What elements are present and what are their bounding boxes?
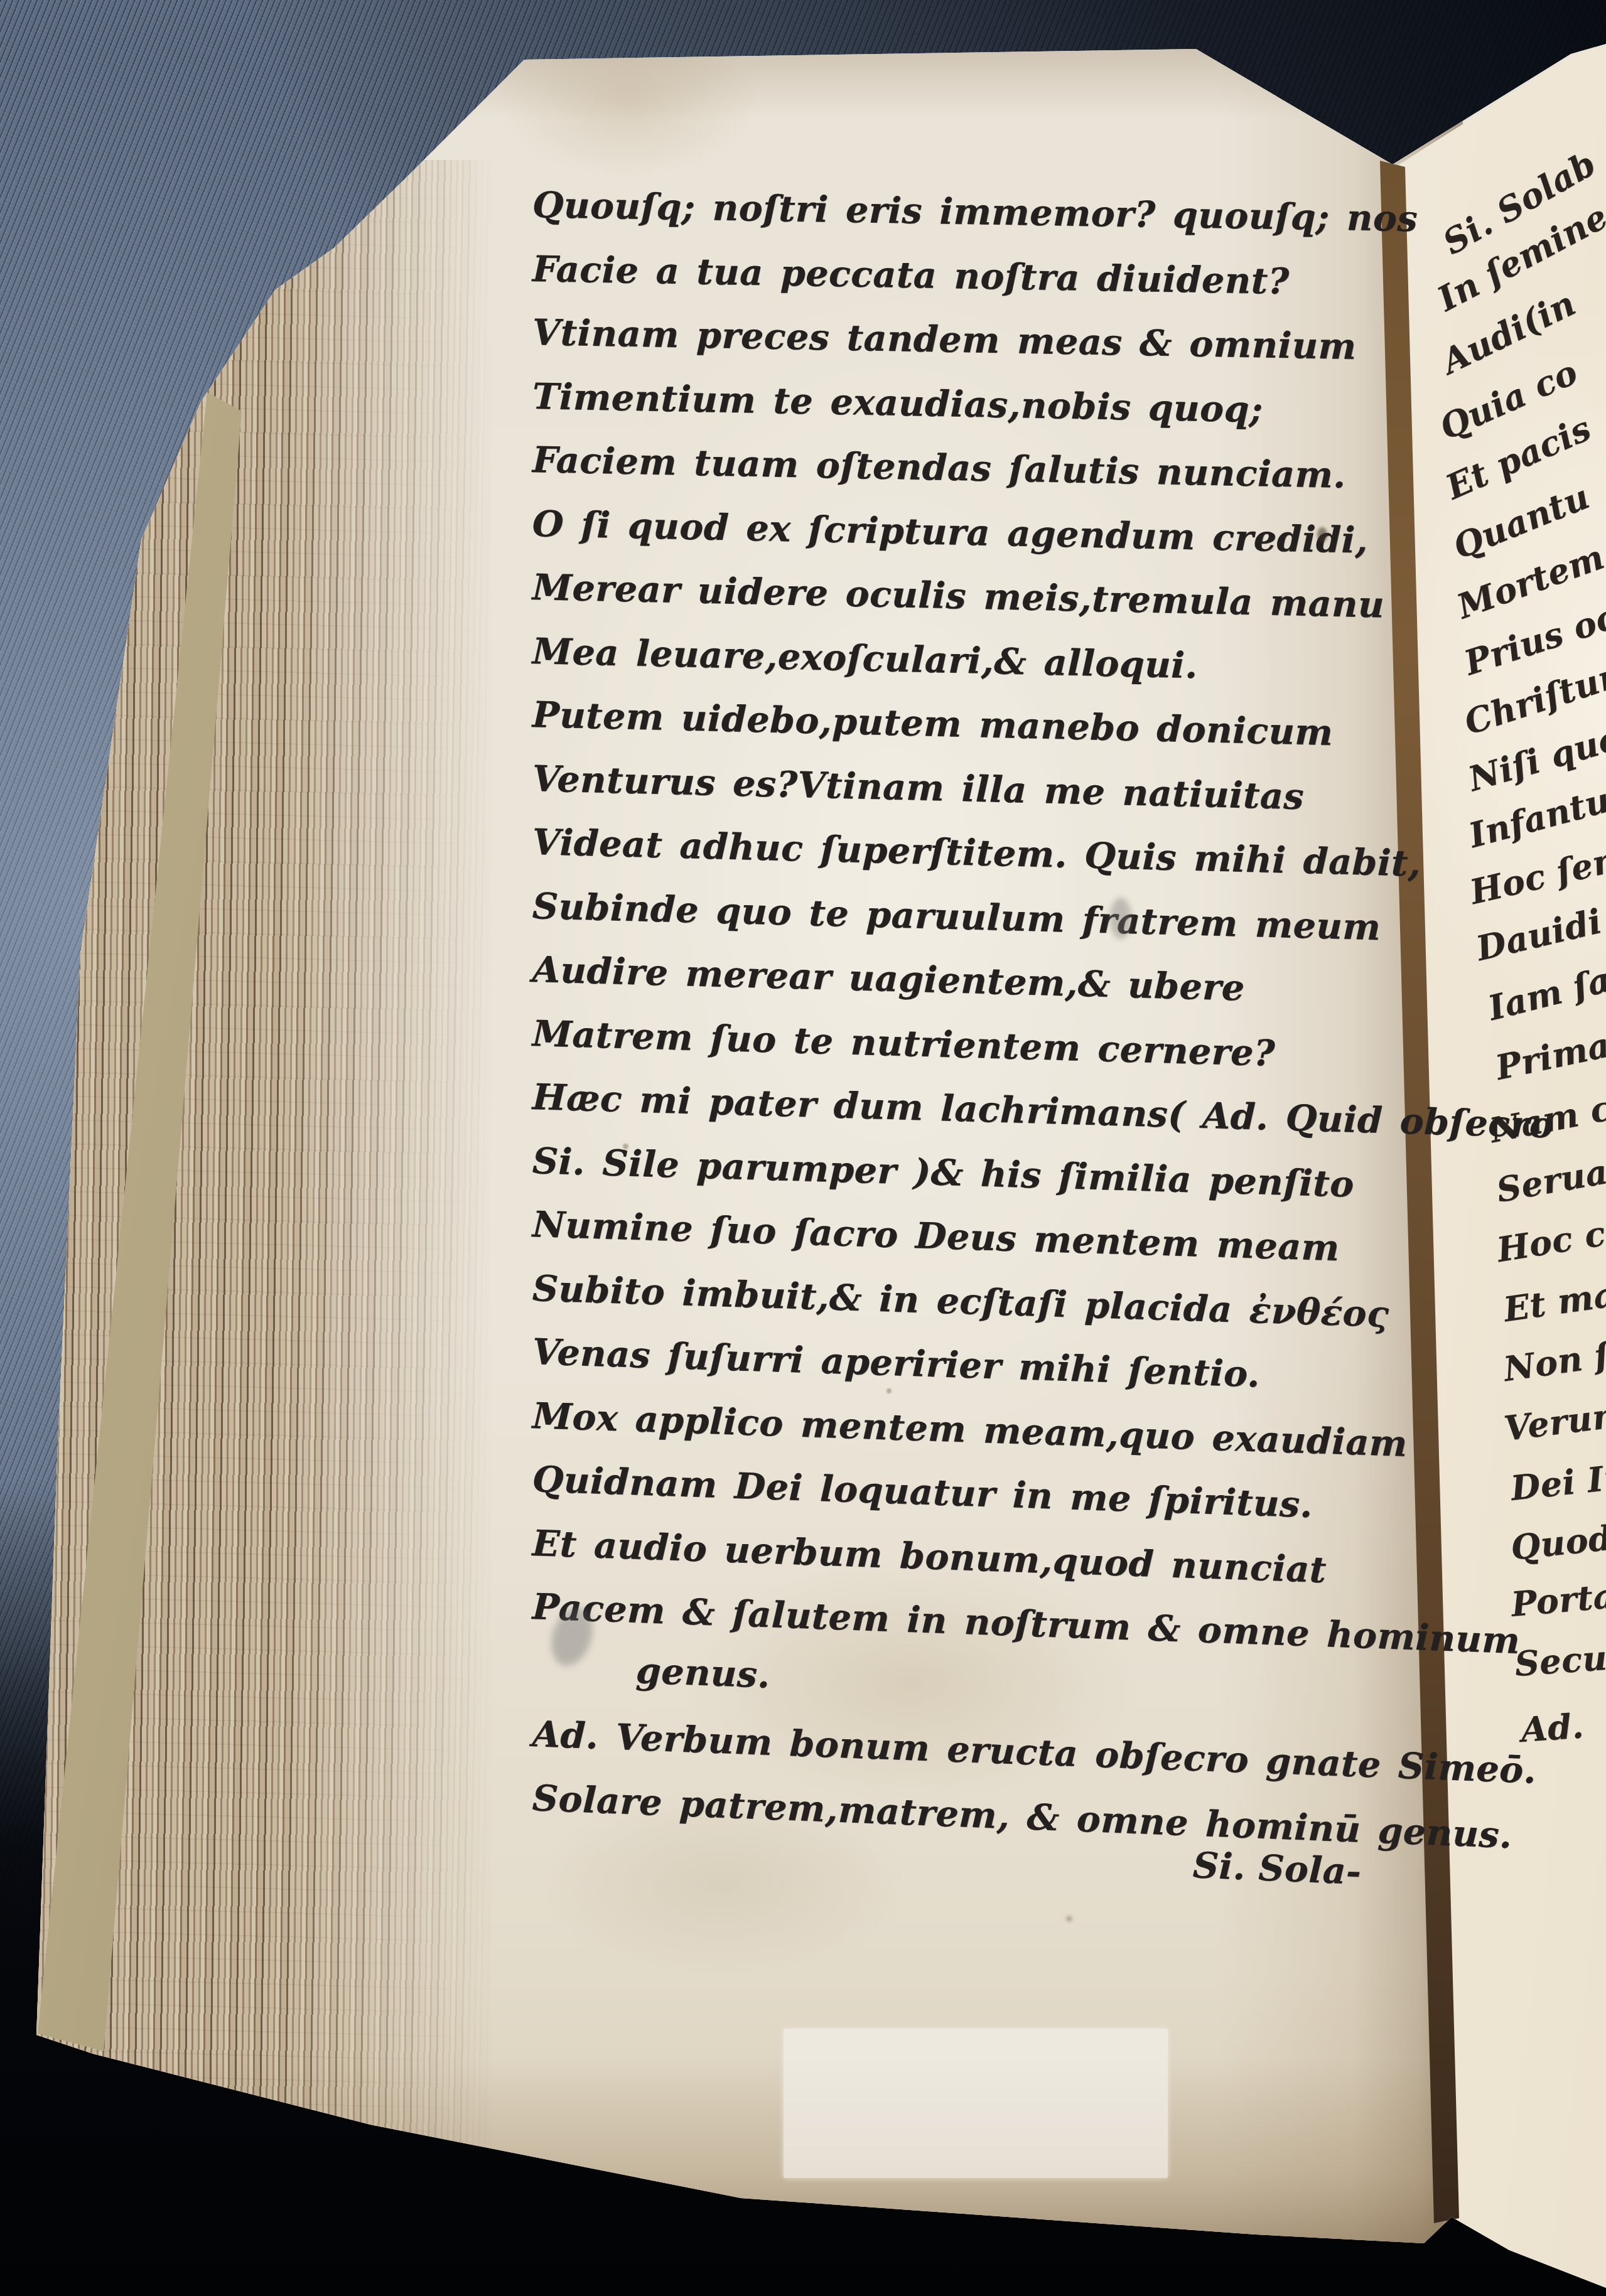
right-page-text-fragment: Porta <box>1509 1574 1606 1626</box>
right-page-text-fragment: Non ſ <box>1501 1333 1606 1390</box>
photo-scene: Si. Solab In ſemine Audi(in Quia co Et p… <box>0 0 1606 2296</box>
text-line: Putem uidebo,putem manebo donicum <box>532 693 1334 755</box>
text-line: Hæc mi pater dum lachrimans( Ad. Quid ob… <box>532 1075 1554 1147</box>
right-page-text-fragment: Dei In <box>1509 1455 1606 1510</box>
right-page-text-fragment: Serua <box>1493 1150 1606 1211</box>
text-line: Faciem tuam oſtendas ſalutis nunciam. <box>532 438 1346 498</box>
stain <box>1110 898 1131 939</box>
text-line: Subito imbuit,& in ecſtaſi placida ἐνθέο… <box>532 1267 1389 1337</box>
right-page-text-fragment: Dauidi <box>1472 899 1606 970</box>
text-line: Facie a tua peccata noſtra diuident? <box>532 247 1290 304</box>
stain <box>757 660 761 665</box>
text-line: Audire merear uagientem,& ubere <box>532 948 1245 1011</box>
text-line: Subinde quo te paruulum fratrem meum <box>532 884 1381 950</box>
left-page-text-block: Quouſq; noſtri eris immemor? quouſq; nos… <box>532 183 1487 1941</box>
text-line: Solare patrem,matrem, & omne hominū genu… <box>532 1776 1513 1858</box>
text-line: Venas ſuſurri aperirier mihi ſentio. <box>532 1330 1261 1397</box>
text-line: Videat adhuc ſuperſtitem. Quis mihi dabi… <box>532 820 1421 886</box>
stain <box>1066 1916 1072 1922</box>
right-page-text-fragment: Prima <box>1492 1023 1606 1089</box>
catchword: Si. Sola- <box>1192 1843 1362 1894</box>
right-page-text-fragment: Iam ſæ <box>1484 956 1606 1029</box>
paper-patch <box>784 2029 1168 2178</box>
text-line: genus. <box>635 1649 771 1698</box>
stain <box>887 1388 892 1393</box>
book: Si. Solab In ſemine Audi(in Quia co Et p… <box>0 0 1606 2296</box>
text-line: Timentium te exaudias,nobis quoq; <box>532 375 1263 432</box>
text-line: Mea leuare,exoſculari,& alloqui. <box>532 630 1198 688</box>
right-page-text-fragment: Hoc ce <box>1494 1208 1606 1271</box>
text-line: Matrem ſuo te nutrientem cernere? <box>532 1012 1276 1076</box>
text-line: Quidnam Dei loquatur in me ſpiritus. <box>532 1457 1313 1527</box>
right-page-text-fragment: Ad. <box>1519 1704 1585 1751</box>
text-line: Ad. Verbum bonum eructa obſecro gnate Si… <box>532 1712 1538 1793</box>
text-line: Mox applico mentem meam,quo exaudiam <box>532 1394 1408 1466</box>
text-line: Et audio uerbum bonum,quod nunciat <box>532 1521 1327 1592</box>
text-line: O ſi quod ex ſcriptura agendum credidi, <box>532 502 1368 563</box>
stain <box>623 1144 628 1149</box>
text-line: Merear uidere oculis meis,tremula manu <box>532 566 1385 627</box>
text-line: Numine ſuo ſacro Deus mentem meam <box>532 1203 1340 1270</box>
text-line: Venturus es?Vtinam illa me natiuitas <box>532 757 1305 819</box>
right-page-text-fragment: Quod <box>1509 1516 1606 1569</box>
text-line: Si. Sile parumper )& his ſimilia penſito <box>532 1139 1355 1207</box>
text-line: Vtinam preces tandem meas & omnium <box>532 311 1357 369</box>
stain <box>1317 527 1327 542</box>
right-page-text-fragment: Verum <box>1502 1392 1606 1450</box>
text-line: Quouſq; noſtri eris immemor? quouſq; nos <box>532 183 1418 241</box>
right-page-text-fragment: Secu <box>1513 1636 1606 1685</box>
right-page-text-fragment: Et ma <box>1501 1273 1606 1331</box>
